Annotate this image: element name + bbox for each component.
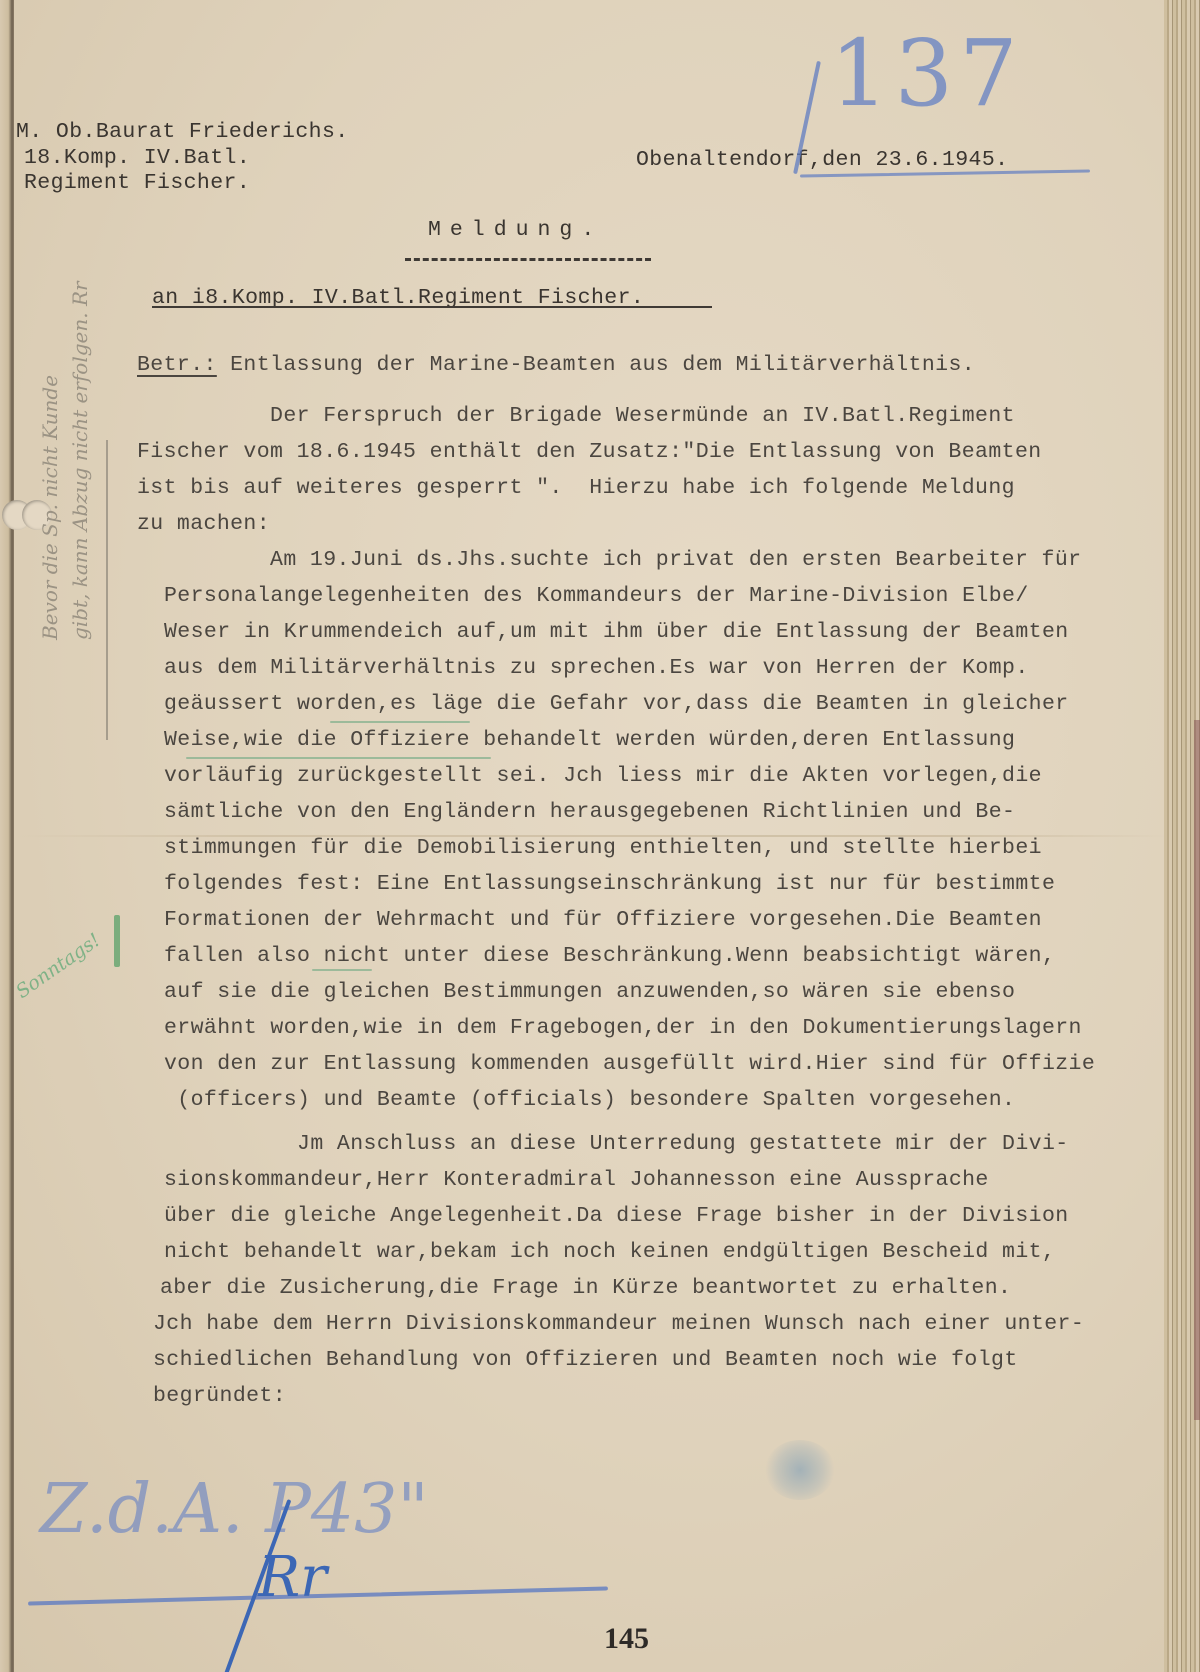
green-underline-gefahr [330, 721, 470, 723]
body-line: zu machen: [137, 512, 270, 536]
body-line: Fischer vom 18.6.1945 enthält den Zusatz… [137, 440, 1042, 464]
stacked-page-edges [1164, 0, 1200, 1672]
body-line: Am 19.Juni ds.Jhs.suchte ich privat den … [137, 548, 1081, 572]
body-line: aber die Zusicherung,die Frage in Kürze … [160, 1276, 1011, 1300]
body-line: schiedlichen Behandlung von Offizieren u… [153, 1348, 1018, 1372]
body-line: Weser in Krummendeich auf,um mit ihm übe… [164, 620, 1069, 644]
body-line: über die gleiche Angelegenheit.Da diese … [164, 1204, 1069, 1228]
body-line: Weise,wie die Offiziere behandelt werden… [164, 728, 1015, 752]
subject-label: Betr.: [137, 353, 217, 377]
green-underline-nicht [312, 969, 372, 971]
handwritten-filing-reference: Z.d.A. P43" [40, 1470, 429, 1549]
body-line: Personalangelegenheiten des Kommandeurs … [164, 584, 1029, 608]
body-line: Der Ferspruch der Brigade Wesermünde an … [137, 404, 1015, 428]
body-line: geäussert worden,es läge die Gefahr vor,… [164, 692, 1069, 716]
ink-smudge [765, 1440, 835, 1500]
margin-note-pencil-1: Bevor die Sp. nicht Kunde [38, 375, 62, 640]
body-line: stimmungen für die Demobilisierung enthi… [164, 836, 1042, 860]
body-line: sämtliche von den Engländern herausgegeb… [164, 800, 1015, 824]
recipient-underline [152, 306, 712, 308]
signature-initials: Rr [258, 1545, 327, 1610]
body-line: ist bis auf weiteres gesperrt ". Hierzu … [137, 476, 1015, 500]
margin-note-pencil-2: gibt, kann Abzug nicht erfolgen. Rr [68, 281, 92, 640]
green-margin-bar [114, 915, 120, 967]
sender-line-1: M. Ob.Baurat Friederichs. [16, 120, 349, 144]
body-line: Jch habe dem Herrn Divisionskommandeur m… [153, 1312, 1084, 1336]
binding-edge-left [0, 0, 14, 1672]
body-line: aus dem Militärverhältnis zu sprechen.Es… [164, 656, 1029, 680]
title-dashed-rule [405, 258, 651, 261]
page-stamp-number: 145 [604, 1622, 649, 1656]
subject-line: Betr.: Entlassung der Marine-Beamten aus… [137, 353, 975, 377]
green-underline-offiziere [186, 757, 491, 759]
body-line: erwähnt worden,wie in dem Fragebogen,der… [164, 1016, 1082, 1040]
sender-line-2: 18.Komp. IV.Batl. [24, 146, 250, 170]
body-line: Formationen der Wehrmacht und für Offizi… [164, 908, 1042, 932]
margin-pencil-line [106, 440, 108, 740]
body-line: (officers) und Beamte (officials) besond… [164, 1088, 1015, 1112]
place-date: Obenaltendorf,den 23.6.1945. [636, 148, 1008, 172]
body-line: fallen also nicht unter diese Beschränku… [164, 944, 1055, 968]
body-line: nicht behandelt war,bekam ich noch keine… [164, 1240, 1055, 1264]
subject-text: Entlassung der Marine-Beamten aus dem Mi… [217, 353, 975, 377]
body-line: vorläufig zurückgestellt sei. Jch liess … [164, 764, 1042, 788]
body-line: Jm Anschluss an diese Unterredung gestat… [164, 1132, 1069, 1156]
body-line: von den zur Entlassung kommenden ausgefü… [164, 1052, 1095, 1076]
body-line: sionskommandeur,Herr Konteradmiral Johan… [164, 1168, 989, 1192]
body-line: folgendes fest: Eine Entlassungseinschrä… [164, 872, 1055, 896]
body-line: auf sie die gleichen Bestimmungen anzuwe… [164, 980, 1015, 1004]
body-line: begründet: [153, 1384, 286, 1408]
sender-line-3: Regiment Fischer. [24, 171, 250, 195]
page-title: Meldung. [428, 218, 603, 242]
folio-number-handwritten: 137 [830, 20, 1024, 127]
